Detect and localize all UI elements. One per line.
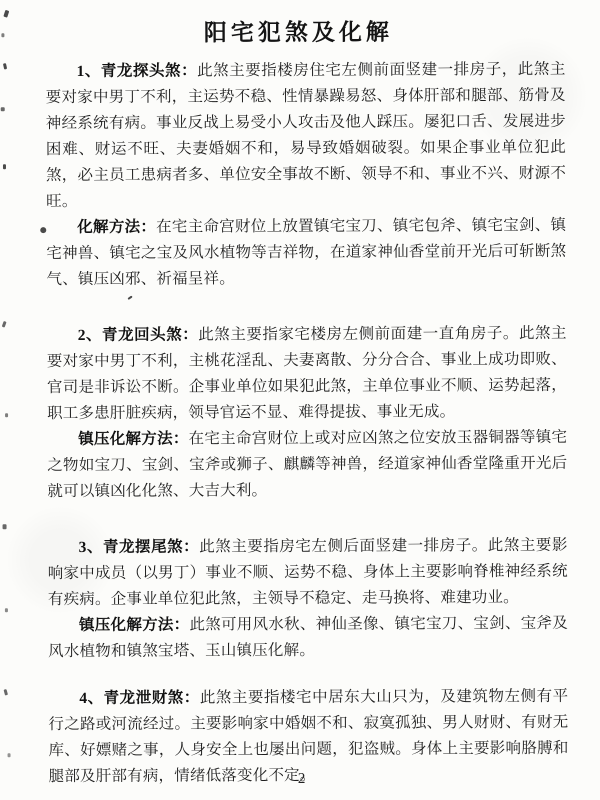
scan-artifact	[2, 321, 7, 328]
page-number: 2	[2, 770, 600, 790]
section-qinglong-baiwei: 3、青龙摆尾煞：此煞主要指房宅左侧后面竖建一排房子。此煞主要影响家中成员（以男丁…	[48, 533, 569, 665]
section-body-text: 此煞主要指楼房住宅左侧前面竖建一排房子，此煞主要对家中男丁不利，主运势不稳、性情…	[46, 61, 566, 210]
scan-artifact	[5, 413, 8, 417]
scan-artifact	[3, 524, 7, 529]
section-paragraph: 2、青龙回头煞：此煞主要指家宅楼房左侧前面建一直角房子。此煞主要对家中男丁不利，…	[47, 321, 567, 427]
scan-artifact	[4, 689, 8, 696]
document-body: 1、青龙探头煞：此煞主要指楼房住宅左侧前面竖建一排房子，此煞主要对家中男丁不利，…	[46, 57, 569, 790]
page-title: 阳宅犯煞及化解	[0, 9, 598, 49]
section-qinglong-tantou: 1、青龙探头煞：此煞主要指楼房住宅左侧前面竖建一排房子，此煞主要对家中男丁不利，…	[46, 57, 567, 293]
section-heading: 1、青龙探头煞：	[77, 62, 198, 80]
scan-artifact	[3, 164, 6, 169]
scan-artifact	[8, 753, 11, 757]
remedy-heading: 化解方法：	[77, 219, 156, 236]
scan-artifact	[40, 227, 46, 233]
scan-artifact	[1, 107, 5, 111]
remedy-paragraph: 镇压化解方法：在宅主命宫财位上或对应凶煞之位安放玉器铜器等镇宅之物如宝刀、宝剑、…	[47, 425, 567, 505]
remedy-paragraph: 化解方法：在宅主命宫财位上放置镇宅宝刀、镇宅包斧、镇宅宝剑、镇宅神兽、镇宅之宝及…	[46, 213, 566, 293]
section-heading: 4、青龙泄财煞：	[79, 689, 200, 707]
section-qinglong-huitou: 2、青龙回头煞：此煞主要指家宅楼房左侧前面建一直角房子。此煞主要对家中男丁不利，…	[47, 321, 568, 505]
remedy-heading: 镇压化解方法：	[78, 430, 189, 447]
remedy-heading: 镇压化解方法：	[79, 616, 190, 633]
scanned-sheet: 阳宅犯煞及化解 1、青龙探头煞：此煞主要指楼房住宅左侧前面竖建一排房子，此煞主要…	[0, 0, 600, 800]
document-page: 阳宅犯煞及化解 1、青龙探头煞：此煞主要指楼房住宅左侧前面竖建一排房子，此煞主要…	[0, 0, 600, 800]
scan-artifact	[1, 33, 4, 37]
section-paragraph: 3、青龙摆尾煞：此煞主要指房宅左侧后面竖建一排房子。此煞主要影响家中成员（以男丁…	[48, 533, 568, 613]
section-paragraph: 1、青龙探头煞：此煞主要指楼房住宅左侧前面竖建一排房子，此煞主要对家中男丁不利，…	[46, 57, 567, 215]
section-heading: 2、青龙回头煞：	[78, 326, 199, 344]
scan-artifact	[5, 608, 8, 612]
scan-artifact	[3, 63, 7, 69]
remedy-paragraph: 镇压化解方法：此煞可用风水秋、神仙圣像、镇宅宝刀、宝剑、宝斧及风水植物和镇煞宝塔…	[48, 611, 568, 665]
section-heading: 3、青龙摆尾煞：	[79, 538, 200, 556]
